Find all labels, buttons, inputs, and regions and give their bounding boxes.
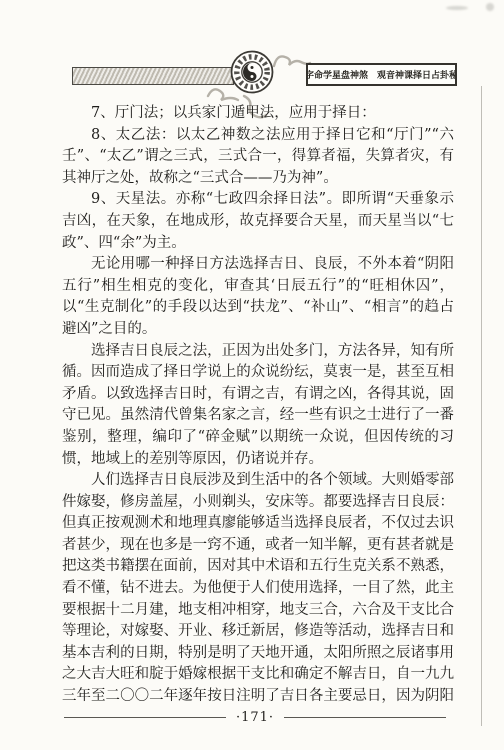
page-body: 7、厅门法；以兵家门遁甲法，应用于择日： 8、太乙法：以太乙神数之法应用于择日它… xyxy=(62,103,454,707)
header-title: 八字命学星盘神煞 观音神课择日占卦秘录 xyxy=(306,68,457,81)
bagua-yinyang-icon xyxy=(226,46,278,98)
footer-rule-left xyxy=(64,717,226,718)
paragraph-6: 人们选择吉日良辰涉及到生活中的各个领域。大则婚零部件嫁娶，修房盖屋，小则剃头，安… xyxy=(62,470,454,707)
paragraph-1: 7、厅门法；以兵家门遁甲法，应用于择日： xyxy=(62,103,454,125)
scan-edge-line xyxy=(481,86,482,726)
footer-rule-right xyxy=(284,717,446,718)
paragraph-4: 无论用哪一种择日方法选择吉日、良辰，不外本着“阴阳五行”相生相克的变化，审查其‘… xyxy=(62,254,454,340)
book-page: 八字命学星盘神煞 观音神课择日占卦秘录 7、厅门法；以兵家门遁甲法，应用于择日：… xyxy=(0,0,504,750)
paragraph-5: 选择吉日良辰之法，正因为出处多门，方法各异，知有所循。因而造成了择日学说上的众说… xyxy=(62,341,454,471)
scan-smudge xyxy=(486,3,494,11)
header-title-box: 八字命学星盘神煞 观音神课择日占卦秘录 xyxy=(306,63,457,86)
page-footer: ·171· xyxy=(64,710,446,725)
paragraph-2: 8、太乙法：以太乙神数之法应用于择日它和“厅门”“六壬”、“太乙”谓之三式，三式… xyxy=(62,125,454,190)
page-number: ·171· xyxy=(236,710,274,725)
paragraph-3: 9、天星法。亦称“七政四余择日法”。即所谓“天垂象示吉凶，在天象，在地成形，故克… xyxy=(62,189,454,254)
scan-smudge xyxy=(446,6,468,10)
